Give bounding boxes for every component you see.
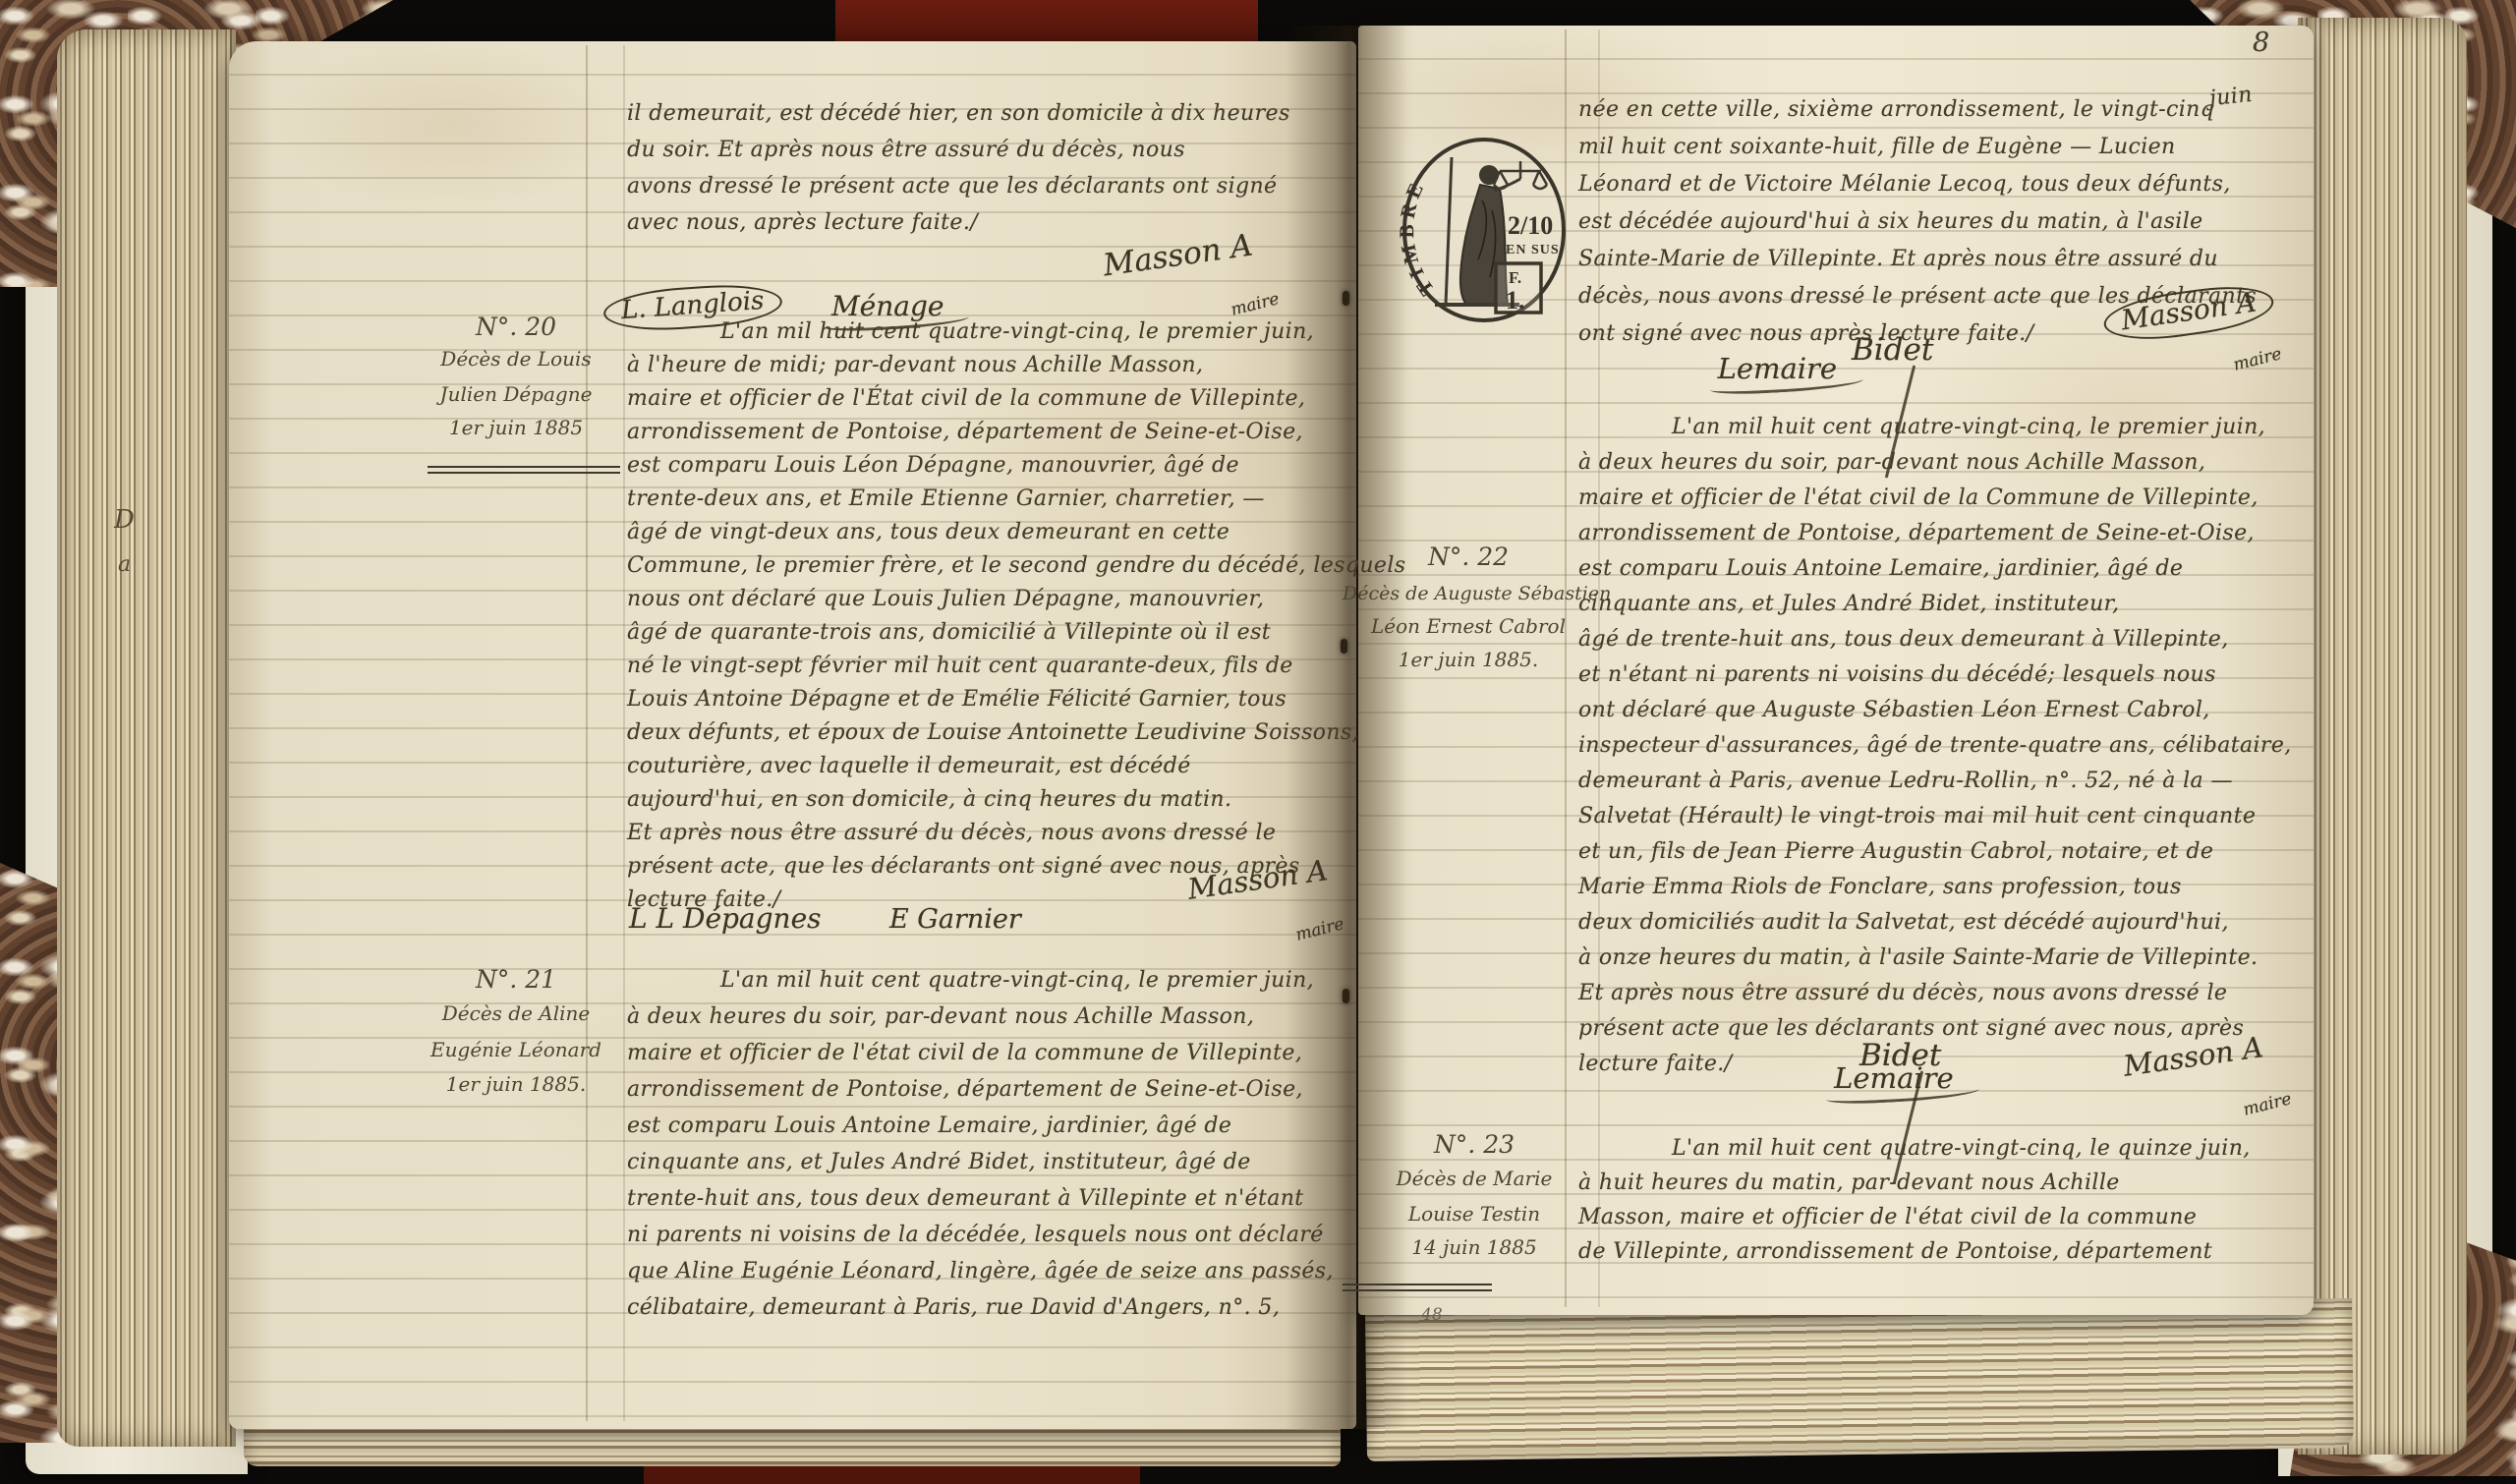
- handwritten-line: arrondissement de Pontoise, département …: [1578, 516, 2310, 551]
- handwritten-line: deux défunts, et époux de Louise Antoine…: [627, 716, 1343, 750]
- handwritten-line: mil huit cent soixante-huit, fille de Eu…: [1578, 129, 2310, 166]
- stamp-en-sus: EN SUS: [1506, 243, 1560, 257]
- handwritten-line: demeurant à Paris, avenue Ledru-Rollin, …: [1578, 764, 2310, 799]
- handwritten-line: à huit heures du matin, par-devant nous …: [1578, 1166, 2310, 1200]
- margin-note-21: N°. 21 Décès de Aline Eugénie Léonard 1e…: [398, 965, 634, 1096]
- acte-23-text: L'an mil huit cent quatre-vingt-cinq, le…: [1578, 1131, 2310, 1269]
- handwritten-line: Sainte-Marie de Villepinte. Et après nou…: [1578, 241, 2310, 278]
- handwritten-line: arrondissement de Pontoise, département …: [627, 1071, 1343, 1108]
- acte-21-text: L'an mil huit cent quatre-vingt-cinq, le…: [627, 962, 1343, 1326]
- handwritten-line: il demeurait, est décédé hier, en son do…: [627, 95, 1343, 132]
- handwritten-line: à deux heures du soir, par-devant nous A…: [627, 999, 1343, 1035]
- margin-20-rule: [428, 466, 620, 474]
- left-page-margin-rule-2: [623, 45, 625, 1421]
- margin-23-line: Louise Testin: [1356, 1202, 1592, 1226]
- page-number: 8: [2253, 28, 2270, 58]
- margin-22-line: 1er juin 1885.: [1343, 648, 1594, 671]
- handwritten-line: Et après nous être assuré du décès, nous…: [627, 817, 1343, 850]
- handwritten-line: Et après nous être assuré du décès, nous…: [1578, 976, 2310, 1011]
- handwritten-line: maire et officier de l'état civil de la …: [627, 1035, 1343, 1071]
- handwritten-line: Commune, le premier frère, et le second …: [627, 549, 1343, 583]
- margin-23-line: Décès de Marie: [1356, 1167, 1592, 1190]
- handwritten-line: Louis Antoine Dépagne et de Emélie Félic…: [627, 683, 1343, 716]
- margin-23-line: 14 juin 1885: [1356, 1235, 1592, 1259]
- handwritten-line: trente-huit ans, tous deux demeurant à V…: [627, 1180, 1343, 1217]
- handwritten-line: ont déclaré que Auguste Sébastien Léon E…: [1578, 693, 2310, 728]
- handwritten-line: de Villepinte, arrondissement de Pontois…: [1578, 1234, 2310, 1269]
- margin-21-line: 1er juin 1885.: [398, 1072, 634, 1096]
- handwritten-line: est comparu Louis Antoine Lemaire, jardi…: [1578, 551, 2310, 587]
- handwritten-line: que Aline Eugénie Léonard, lingère, âgée…: [627, 1253, 1343, 1289]
- handwritten-line: et n'étant ni parents ni voisins du décé…: [1578, 657, 2310, 693]
- handwritten-line: est comparu Louis Léon Dépagne, manouvri…: [627, 449, 1343, 483]
- handwritten-line: est comparu Louis Antoine Lemaire, jardi…: [627, 1108, 1343, 1144]
- handwritten-line: né le vingt-sept février mil huit cent q…: [627, 650, 1343, 683]
- handwritten-line: trente-deux ans, et Emile Etienne Garnie…: [627, 483, 1343, 516]
- handwritten-line: Masson, maire et officier de l'état civi…: [1578, 1200, 2310, 1234]
- margin-20-line: 1er juin 1885: [398, 416, 634, 439]
- handwritten-line: aujourd'hui, en son domicile, à cinq heu…: [627, 783, 1343, 817]
- revenue-stamp: TIMBRE 2/10 EN SUS F. 1.: [1396, 132, 1574, 330]
- handwritten-line: L'an mil huit cent quatre-vingt-cinq, le…: [1578, 410, 2310, 445]
- handwritten-line: est décédée aujourd'hui à six heures du …: [1578, 203, 2310, 241]
- left-page-margin-rule: [586, 45, 588, 1421]
- sewing-hole: [1343, 291, 1349, 306]
- page-edges-left: [57, 29, 236, 1447]
- signature-bidet-2: Bidet: [1859, 1038, 1941, 1073]
- margin-note-20: N°. 20 Décès de Louis Julien Dépagne 1er…: [398, 313, 634, 439]
- margin-21-line: Décès de Aline: [398, 1001, 634, 1025]
- margin-22-number: N°. 22: [1343, 542, 1594, 571]
- signature-garnier: E Garnier: [889, 904, 1021, 935]
- stamp-value: 1.: [1506, 286, 1525, 314]
- register-photo: D a il demeurait, est décédé hier, en so…: [0, 0, 2516, 1484]
- handwritten-line: avons dressé le présent acte que les déc…: [627, 168, 1343, 204]
- handwritten-line: célibataire, demeurant à Paris, rue Davi…: [627, 1289, 1343, 1326]
- signature-lemaire-1: Lemaire: [1718, 352, 1838, 385]
- continuation-text: il demeurait, est décédé hier, en son do…: [627, 95, 1343, 241]
- handwritten-line: cinquante ans, et Jules André Bidet, ins…: [627, 1144, 1343, 1180]
- handwritten-line: deux domiciliés audit la Salvetat, est d…: [1578, 905, 2310, 941]
- handwritten-line: et un, fils de Jean Pierre Augustin Cabr…: [1578, 834, 2310, 870]
- handwritten-line: maire et officier de l'état civil de la …: [1578, 481, 2310, 516]
- margin-20-line: Décès de Louis: [398, 347, 634, 371]
- handwritten-line: cinquante ans, et Jules André Bidet, ins…: [1578, 587, 2310, 622]
- acte-22-text: L'an mil huit cent quatre-vingt-cinq, le…: [1578, 410, 2310, 1082]
- handwritten-line: âgé de quarante-trois ans, domicilié à V…: [627, 616, 1343, 650]
- page-edges-right: [2298, 18, 2467, 1455]
- handwritten-line: inspecteur d'assurances, âgé de trente-q…: [1578, 728, 2310, 764]
- handwritten-line: âgé de trente-huit ans, tous deux demeur…: [1578, 622, 2310, 657]
- handwritten-line: L'an mil huit cent quatre-vingt-cinq, le…: [627, 962, 1343, 999]
- margin-22-line: Léon Ernest Cabrol: [1343, 614, 1594, 638]
- stamp-currency: F.: [1509, 268, 1521, 287]
- handwritten-line: Léonard et de Victoire Mélanie Lecoq, to…: [1578, 166, 2310, 203]
- edge-letter-a: a: [118, 552, 131, 577]
- handwritten-line: arrondissement de Pontoise, département …: [627, 416, 1343, 449]
- folio-number: 48: [1421, 1305, 1443, 1325]
- signature-depagnes: L L Dépagnes: [629, 902, 822, 935]
- handwritten-line: âgé de vingt-deux ans, tous deux demeura…: [627, 516, 1343, 549]
- edge-letter-d: D: [114, 505, 135, 535]
- handwritten-line: née en cette ville, sixième arrondisseme…: [1578, 91, 2310, 129]
- handwritten-line: nous ont déclaré que Louis Julien Dépagn…: [627, 583, 1343, 616]
- acte-20-text: L'an mil huit cent quatre-vingt-cinq, le…: [627, 315, 1343, 917]
- handwritten-line: maire et officier de l'État civil de la …: [627, 382, 1343, 416]
- handwritten-line: Marie Emma Riols de Fonclare, sans profe…: [1578, 870, 2310, 905]
- margin-23-rule: [1343, 1284, 1492, 1291]
- signature-bidet-1: Bidet: [1852, 332, 1933, 368]
- stamp-rate: 2/10: [1508, 211, 1553, 240]
- handwritten-line: L'an mil huit cent quatre-vingt-cinq, le…: [1578, 1131, 2310, 1166]
- margin-23-number: N°. 23: [1356, 1130, 1592, 1159]
- sewing-hole: [1343, 989, 1349, 1003]
- margin-note-22: N°. 22 Décès de Auguste Sébastien Léon E…: [1343, 542, 1594, 671]
- handwritten-line: du soir. Et après nous être assuré du dé…: [627, 132, 1343, 168]
- margin-22-line: Décès de Auguste Sébastien: [1343, 583, 1594, 604]
- handwritten-line: à onze heures du matin, à l'asile Sainte…: [1578, 941, 2310, 976]
- margin-21-line: Eugénie Léonard: [398, 1038, 634, 1061]
- margin-21-number: N°. 21: [398, 965, 634, 994]
- page-edges-bottom-right: [1365, 1298, 2354, 1461]
- margin-20-line: Julien Dépagne: [398, 382, 634, 406]
- handwritten-line: à l'heure de midi; par-devant nous Achil…: [627, 349, 1343, 382]
- margin-note-23: N°. 23 Décès de Marie Louise Testin 14 j…: [1356, 1130, 1592, 1259]
- handwritten-line: ni parents ni voisins de la décédée, les…: [627, 1217, 1343, 1253]
- handwritten-line: couturière, avec laquelle il demeurait, …: [627, 750, 1343, 783]
- handwritten-line: à deux heures du soir, par-devant nous A…: [1578, 445, 2310, 481]
- margin-20-number: N°. 20: [398, 313, 634, 341]
- handwritten-line: L'an mil huit cent quatre-vingt-cinq, le…: [627, 315, 1343, 349]
- handwritten-line: Salvetat (Hérault) le vingt-trois mai mi…: [1578, 799, 2310, 834]
